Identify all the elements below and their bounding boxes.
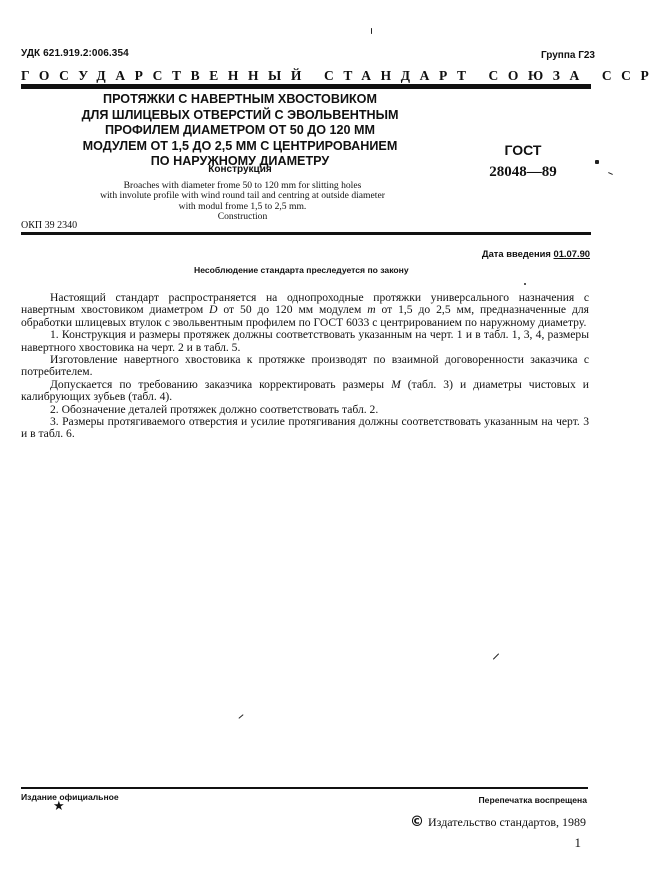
star-icon: ★ — [53, 799, 65, 812]
title-line: ПРОТЯЖКИ С НАВЕРТНЫМ ХВОСТОВИКОМ — [40, 92, 440, 108]
scan-speck — [595, 160, 599, 164]
english-title-line: Construction — [40, 212, 445, 222]
introduction-date-label: Дата введения — [482, 248, 551, 259]
scan-speck — [371, 28, 372, 34]
document-subtitle: Конструкция — [40, 164, 440, 175]
udk-code: УДК 621.919.2:006.354 — [21, 48, 129, 59]
introduction-date-value: 01.07.90 — [554, 248, 591, 259]
paragraph: 1. Конструкция и размеры протяжек должны… — [21, 329, 589, 354]
title-line: МОДУЛЕМ ОТ 1,5 ДО 2,5 ММ С ЦЕНТРИРОВАНИЕ… — [40, 139, 440, 155]
math-variable: m — [367, 303, 375, 316]
header-rule — [21, 84, 591, 89]
scan-speck — [493, 653, 499, 659]
page-number: 1 — [575, 835, 582, 851]
copyright-icon: © — [410, 814, 424, 830]
math-variable: M — [391, 378, 401, 391]
scan-speck — [524, 283, 526, 285]
reprint-prohibited: Перепечатка воспрещена — [479, 795, 588, 805]
paragraph: Допускается по требованию заказчика корр… — [21, 379, 589, 404]
scan-speck — [238, 714, 243, 719]
copyright: ©Издательство стандартов, 1989 — [410, 814, 586, 830]
body-text: Настоящий стандарт распространяется на о… — [21, 292, 589, 441]
okp-code: ОКП 39 2340 — [21, 220, 77, 231]
title-rule — [21, 232, 591, 235]
english-title: Broaches with diameter frome 50 to 120 m… — [40, 181, 445, 223]
scan-speck — [608, 172, 613, 175]
paragraph: Изготовление навертного хвостовика к про… — [21, 354, 589, 379]
gost-number: 28048—89 — [478, 164, 568, 181]
law-notice: Несоблюдение стандарта преследуется по з… — [194, 265, 409, 275]
state-standard-banner: ГОСУДАРСТВЕННЫЙ СТАНДАРТ СОЮЗА ССР — [21, 68, 593, 84]
title-line: ПРОФИЛЕМ ДИАМЕТРОМ ОТ 50 ДО 120 ММ — [40, 123, 440, 139]
copyright-text: Издательство стандартов, 1989 — [428, 815, 586, 829]
introduction-date: Дата введения 01.07.90 — [482, 248, 590, 259]
math-variable: D — [209, 303, 217, 316]
group-code: Группа Г23 — [541, 50, 595, 61]
official-edition: Издание официальное — [21, 792, 119, 802]
gost-label: ГОСТ — [488, 142, 558, 158]
document-title: ПРОТЯЖКИ С НАВЕРТНЫМ ХВОСТОВИКОМ ДЛЯ ШЛИ… — [40, 92, 440, 170]
footer-rule — [21, 787, 588, 789]
paragraph: 3. Размеры протягиваемого отверстия и ус… — [21, 416, 589, 441]
title-line: ДЛЯ ШЛИЦЕВЫХ ОТВЕРСТИЙ С ЭВОЛЬВЕНТНЫМ — [40, 108, 440, 124]
paragraph: Настоящий стандарт распространяется на о… — [21, 292, 589, 329]
